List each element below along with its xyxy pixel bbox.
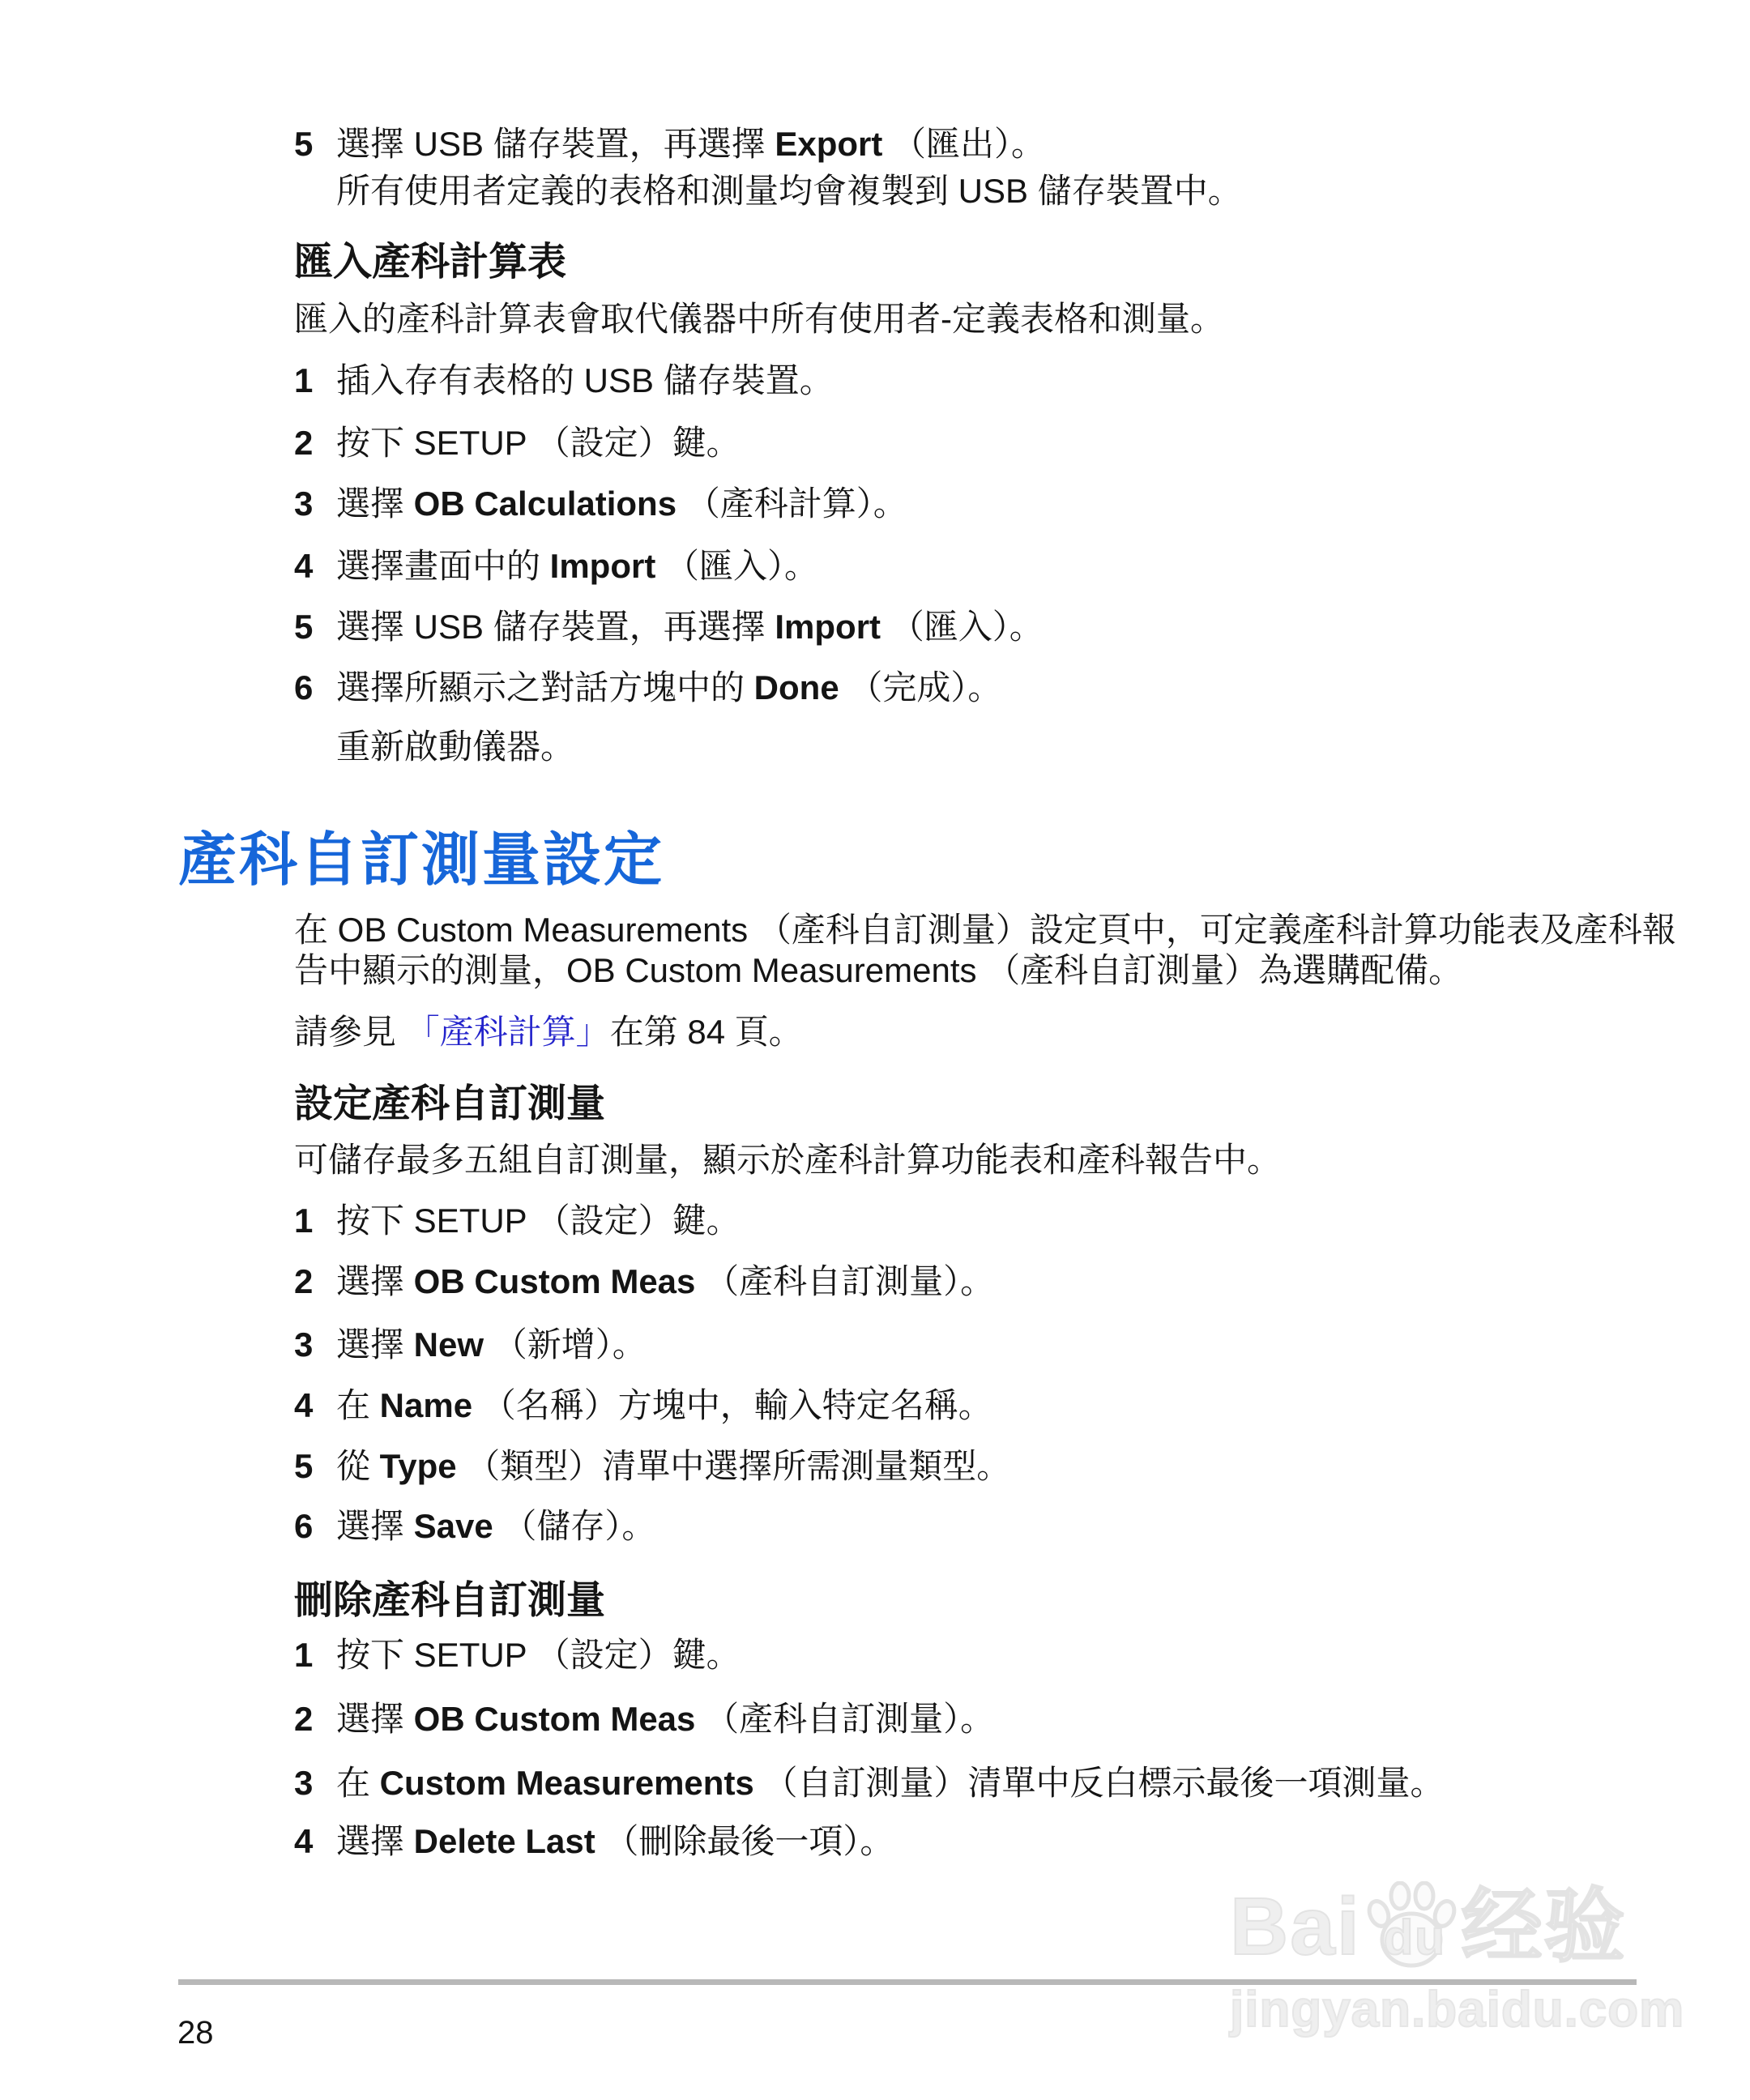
step-text: 在 Name （名稱）方塊中，輸入特定名稱。	[336, 1387, 992, 1424]
paragraph: 可儲存最多五組自訂測量，顯示於產科計算功能表和產科報告中。	[294, 1142, 1281, 1179]
step-item: 5 選擇 USB 儲存裝置，再選擇 Export （匯出）。	[294, 126, 1045, 163]
page-number: 28	[177, 2015, 214, 2051]
step-number: 4	[294, 1387, 336, 1424]
step-text: 按下 SETUP （設定）鍵。	[336, 1202, 741, 1240]
step-text: 選擇 OB Custom Meas （產科自訂測量）。	[336, 1263, 994, 1300]
watermark-brand-cn: 经验	[1462, 1882, 1627, 1971]
step-text: 選擇 USB 儲存裝置，再選擇 Import （匯入）。	[336, 608, 1044, 646]
step-number: 6	[294, 669, 336, 706]
step-text: 按下 SETUP （設定）鍵。	[336, 1637, 741, 1674]
step-item: 5 從 Type （類型）清單中選擇所需測量類型。	[294, 1448, 1010, 1485]
step-text: 選擇畫面中的 Import （匯入）。	[336, 548, 818, 585]
step-text: 選擇 Delete Last （刪除最後一項）。	[336, 1823, 894, 1860]
step-text: 選擇 Save （儲存）。	[336, 1508, 655, 1545]
step-text: 選擇所顯示之對話方塊中的 Done （完成）。	[336, 669, 1001, 706]
section-heading-import: 匯入產科計算表	[294, 241, 566, 284]
step-number: 3	[294, 1765, 336, 1802]
step-text: 選擇 OB Calculations （產科計算）。	[336, 485, 907, 523]
step-item: 3 選擇 New （新增）。	[294, 1326, 647, 1364]
document-page: 5 選擇 USB 儲存裝置，再選擇 Export （匯出）。 所有使用者定義的表…	[0, 0, 1750, 2100]
step-item: 4 選擇畫面中的 Import （匯入）。	[294, 548, 818, 585]
step-number: 2	[294, 425, 336, 462]
paragraph-line: 在 OB Custom Measurements （產科自訂測量）設定頁中，可定…	[294, 910, 1676, 950]
step-item: 4 選擇 Delete Last （刪除最後一項）。	[294, 1823, 894, 1860]
footer-divider	[178, 1979, 1637, 1985]
watermark-brand-prefix: Bai	[1230, 1882, 1361, 1971]
step-number: 3	[294, 1326, 336, 1364]
step-number: 1	[294, 1637, 336, 1674]
reference-line: 請參見 「產科計算」在第 84 頁。	[294, 1014, 803, 1051]
step-number: 3	[294, 485, 336, 523]
step-text: 選擇 OB Custom Meas （產科自訂測量）。	[336, 1701, 994, 1738]
step-item: 4 在 Name （名稱）方塊中，輸入特定名稱。	[294, 1387, 992, 1424]
reference-post: 在第 84 頁。	[610, 1013, 803, 1051]
step-number: 5	[294, 608, 336, 646]
step-item: 1 按下 SETUP （設定）鍵。	[294, 1637, 741, 1674]
step-number: 5	[294, 126, 336, 163]
section-heading-setup: 設定產科自訂測量	[294, 1082, 605, 1126]
reference-pre: 請參見	[294, 1013, 406, 1051]
step-result-note: 所有使用者定義的表格和測量均會複製到 USB 儲存裝置中。	[336, 173, 1242, 210]
step-number: 2	[294, 1263, 336, 1300]
watermark-brand: Bai du 经验	[1230, 1881, 1684, 1972]
step-text: 插入存有表格的 USB 儲存裝置。	[336, 362, 834, 399]
paragraph-line: 告中顯示的測量，OB Custom Measurements （產科自訂測量）為…	[294, 950, 1676, 991]
step-item: 1 插入存有表格的 USB 儲存裝置。	[294, 362, 834, 399]
step-number: 1	[294, 362, 336, 399]
reference-link[interactable]: 「產科計算」	[406, 1013, 610, 1051]
step-number: 5	[294, 1448, 336, 1485]
step-item: 2 選擇 OB Custom Meas （產科自訂測量）。	[294, 1701, 994, 1738]
paragraph: 匯入的產科計算表會取代儀器中所有使用者-定義表格和測量。	[294, 301, 1224, 338]
step-item: 3 選擇 OB Calculations （產科計算）。	[294, 485, 907, 523]
step-text: 按下 SETUP （設定）鍵。	[336, 425, 741, 462]
step-item: 6 選擇 Save （儲存）。	[294, 1508, 655, 1545]
watermark-site: jingyan.baidu.com	[1230, 1983, 1684, 2037]
step-text: 在 Custom Measurements （自訂測量）清單中反白標示最後一項測…	[336, 1765, 1444, 1802]
step-text: 從 Type （類型）清單中選擇所需測量類型。	[336, 1448, 1010, 1485]
step-number: 2	[294, 1701, 336, 1738]
step-item: 2 按下 SETUP （設定）鍵。	[294, 425, 741, 462]
step-text: 選擇 New （新增）。	[336, 1326, 647, 1364]
step-item: 1 按下 SETUP （設定）鍵。	[294, 1202, 741, 1240]
step-number: 4	[294, 548, 336, 585]
step-text: 選擇 USB 儲存裝置，再選擇 Export （匯出）。	[336, 126, 1045, 163]
step-number: 6	[294, 1508, 336, 1545]
watermark-brand-suffix: du	[1384, 1914, 1446, 1962]
step-item: 6 選擇所顯示之對話方塊中的 Done （完成）。	[294, 669, 1001, 706]
paragraph: 在 OB Custom Measurements （產科自訂測量）設定頁中，可定…	[294, 910, 1676, 991]
step-item: 3 在 Custom Measurements （自訂測量）清單中反白標示最後一…	[294, 1765, 1444, 1802]
step-number: 1	[294, 1202, 336, 1240]
baidu-paw-icon: du	[1363, 1881, 1460, 1972]
step-item: 5 選擇 USB 儲存裝置，再選擇 Import （匯入）。	[294, 608, 1044, 646]
watermark: Bai du 经验 jingyan.baidu.com	[1230, 1881, 1684, 2037]
step-result-note: 重新啟動儀器。	[336, 728, 574, 766]
step-item: 2 選擇 OB Custom Meas （產科自訂測量）。	[294, 1263, 994, 1300]
page-heading: 產科自訂測量設定	[178, 828, 664, 893]
step-number: 4	[294, 1823, 336, 1860]
section-heading-delete: 刪除產科自訂測量	[294, 1579, 605, 1623]
